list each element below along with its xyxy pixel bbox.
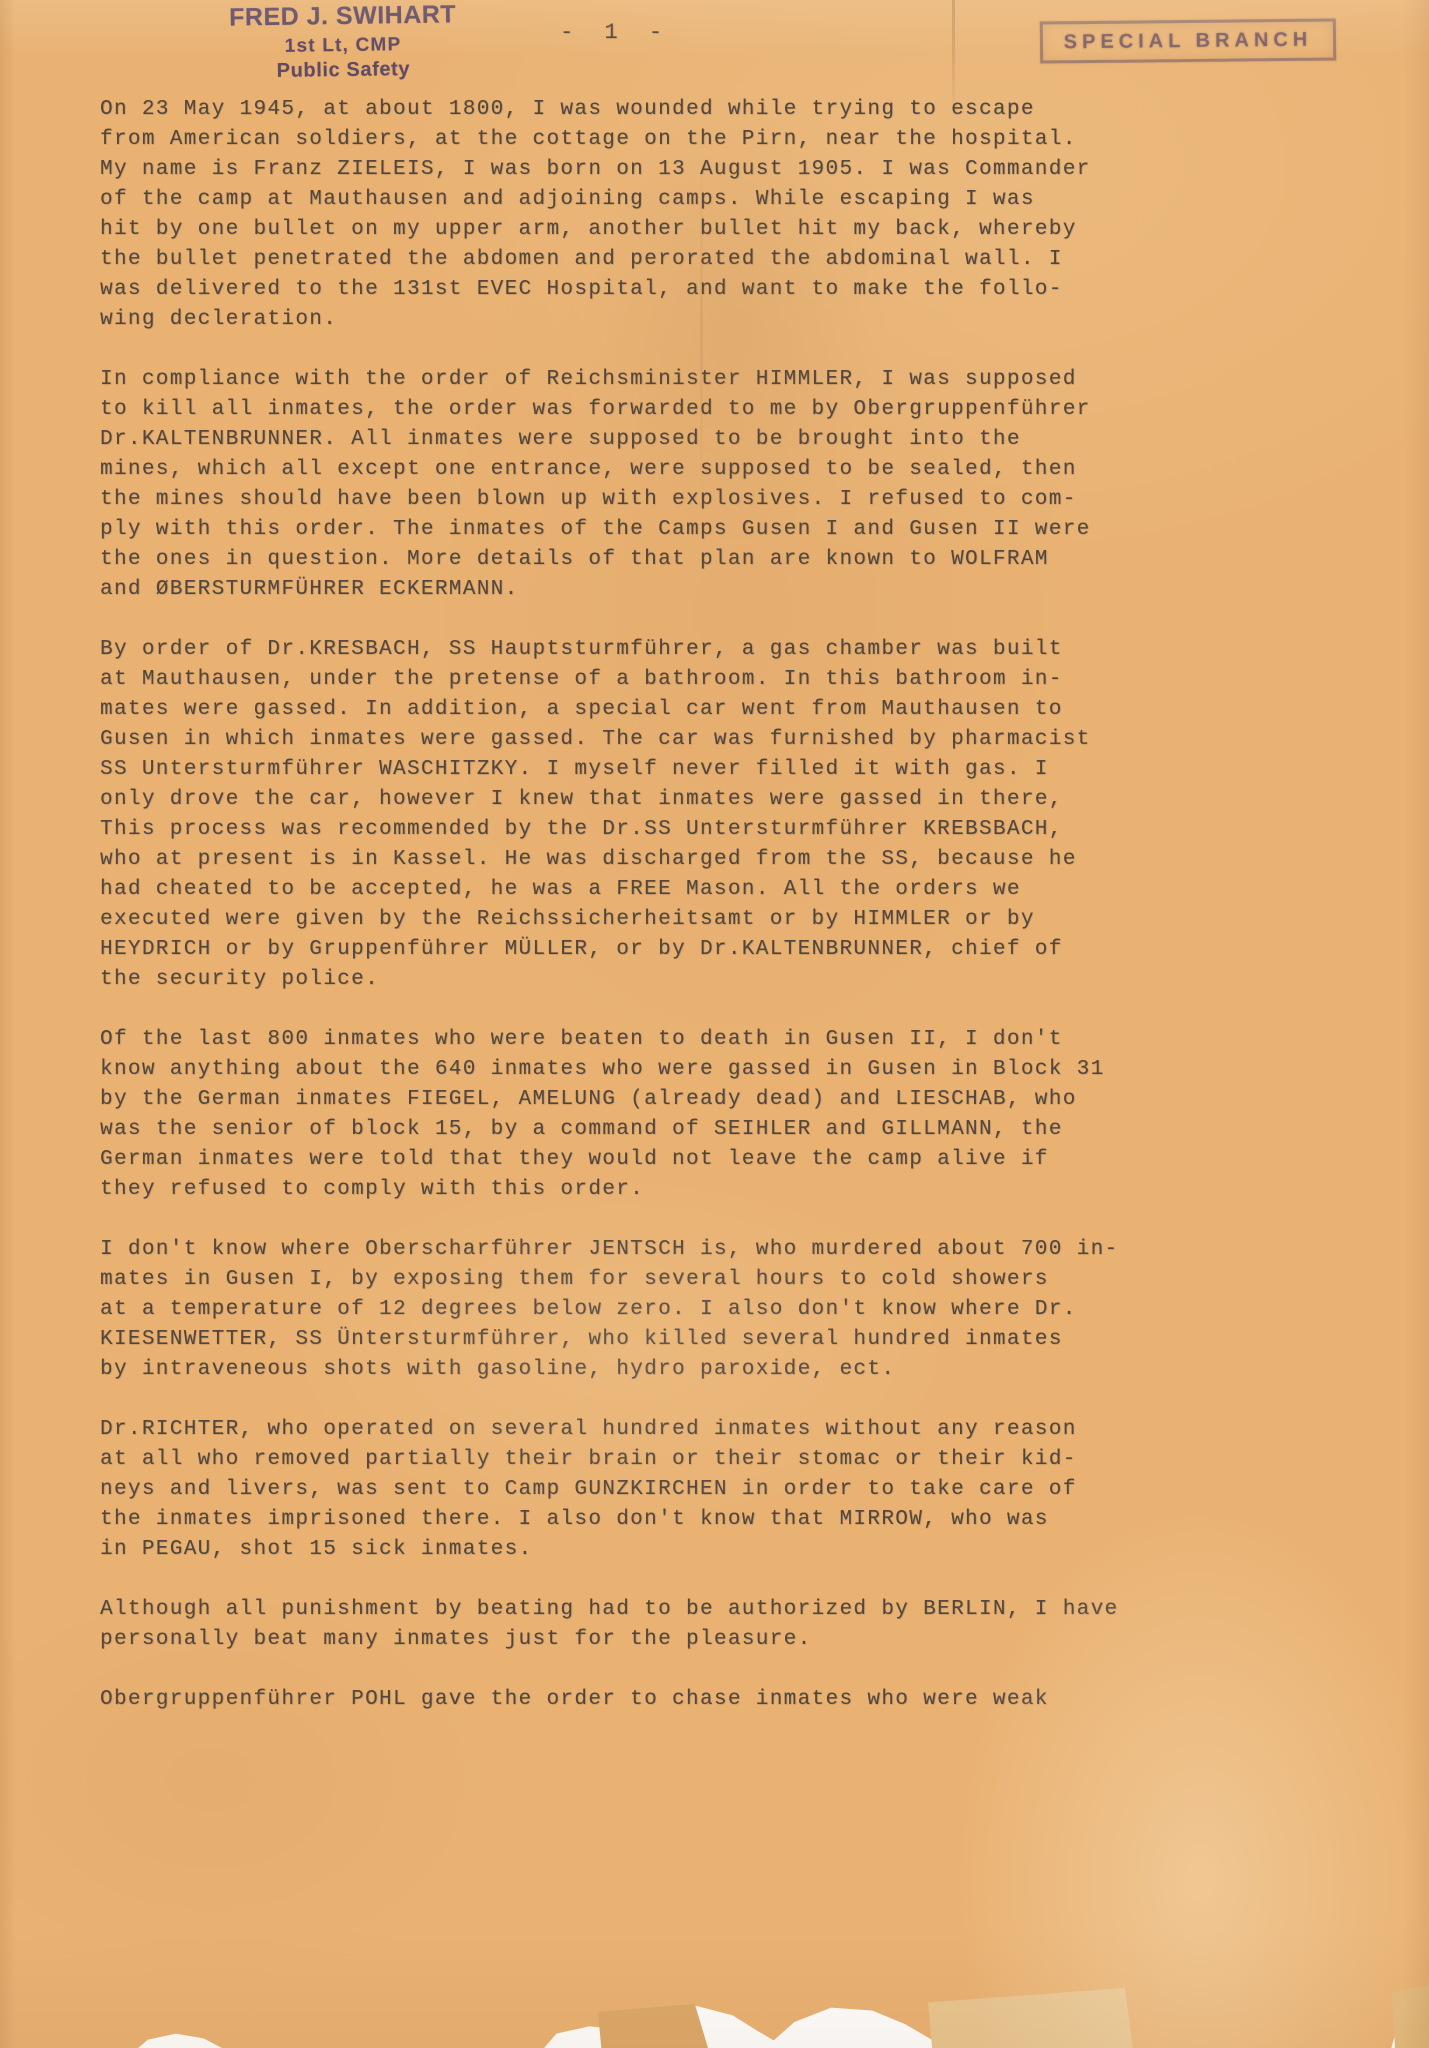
paper-flap-right (928, 1988, 1133, 2048)
officer-stamp-unit: Public Safety (212, 57, 474, 83)
paper-flap-left (598, 2004, 708, 2048)
typewritten-body: On 23 May 1945, at about 1800, I was wou… (100, 95, 1360, 1745)
paragraph-8: Obergruppenführer POHL gave the order to… (100, 1685, 1360, 1715)
paper-flap-corner (1392, 1984, 1429, 2048)
paragraph-2: In compliance with the order of Reichsmi… (100, 365, 1360, 605)
torn-edge-left (138, 2032, 222, 2048)
paragraph-6: Dr.RICHTER, who operated on several hund… (100, 1415, 1360, 1565)
document-page: FRED J. SWIHART 1st Lt, CMP Public Safet… (0, 0, 1429, 2048)
paragraph-1: On 23 May 1945, at about 1800, I was wou… (100, 95, 1360, 335)
officer-stamp-rank: 1st Lt, CMP (212, 33, 474, 58)
officer-ink-stamp: FRED J. SWIHART 1st Lt, CMP Public Safet… (211, 1, 474, 83)
officer-stamp-name: FRED J. SWIHART (211, 1, 473, 32)
paragraph-3: By order of Dr.KRESBACH, SS Hauptsturmfü… (100, 635, 1360, 995)
paragraph-7: Although all punishment by beating had t… (100, 1595, 1360, 1655)
paragraph-4: Of the last 800 inmates who were beaten … (100, 1025, 1360, 1205)
page-number: - 1 - (560, 20, 671, 46)
paragraph-5: I don't know where Oberscharführer JENTS… (100, 1235, 1360, 1385)
special-branch-stamp: SPECIAL BRANCH (1040, 18, 1336, 63)
